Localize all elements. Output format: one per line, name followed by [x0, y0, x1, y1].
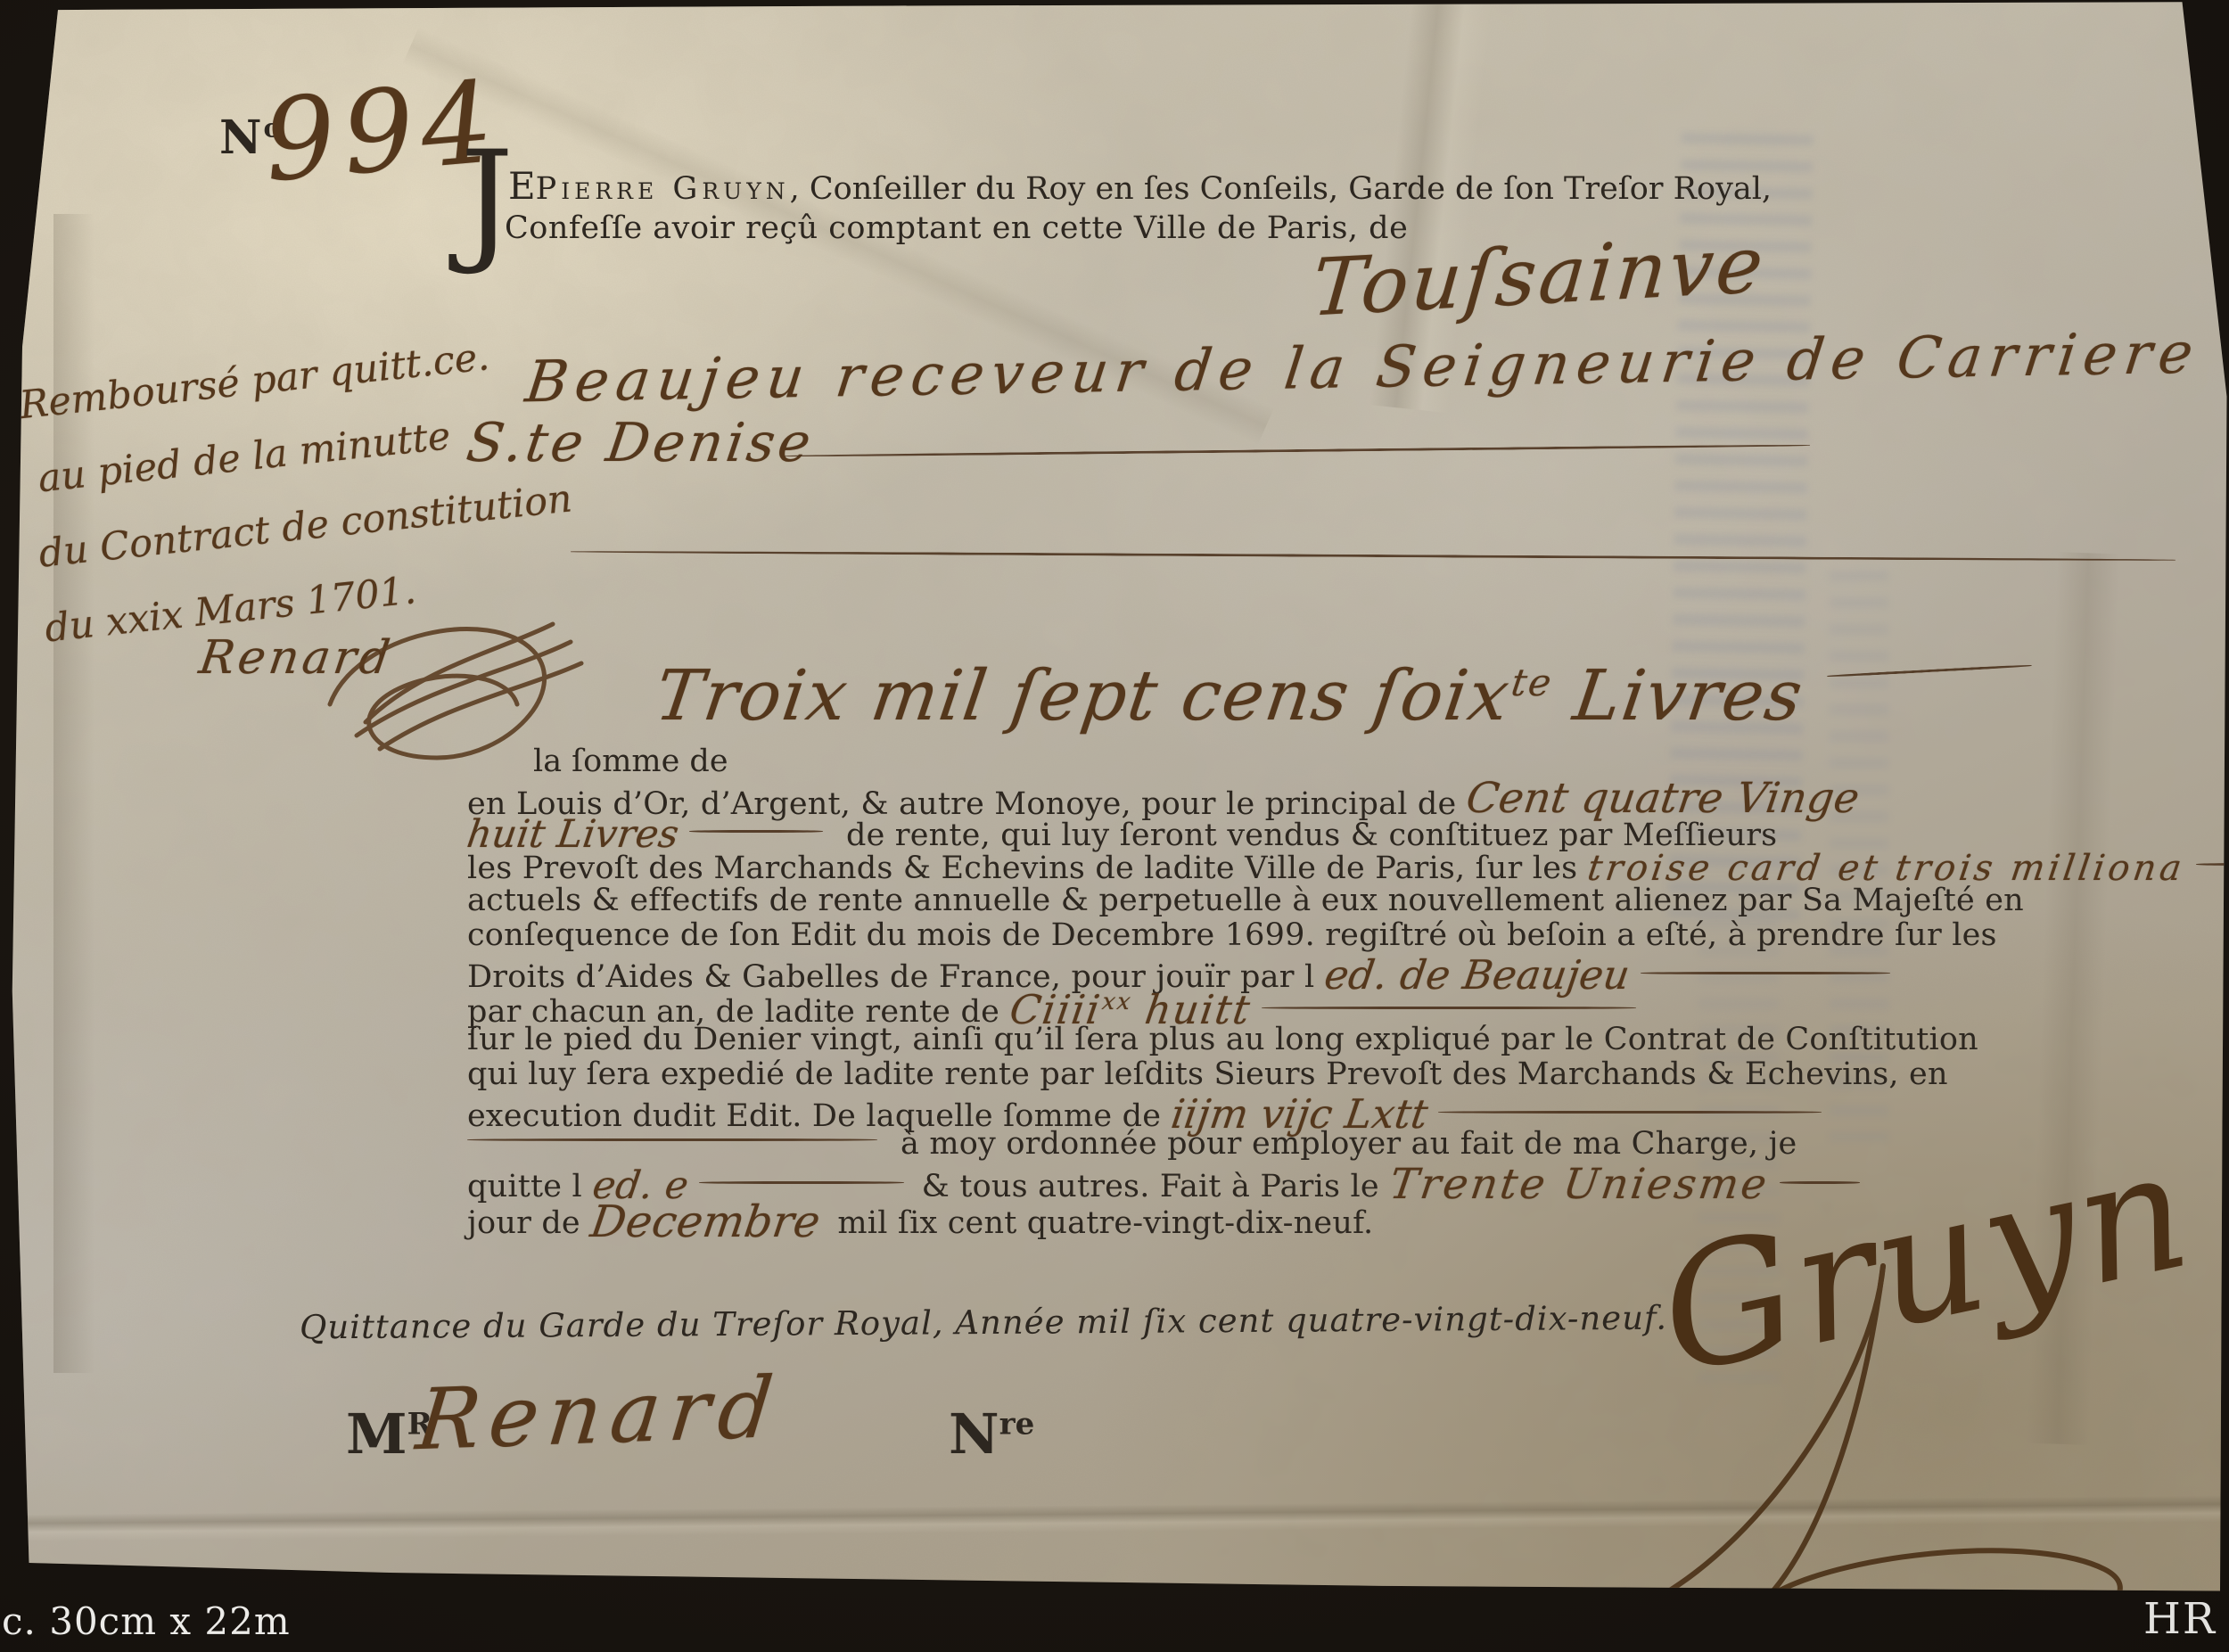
paragraph-line: les Prevoſt des Marchands & Echevins de …: [467, 849, 2126, 884]
hand-insert: Decembre: [588, 1200, 822, 1244]
paragraph-line: qui luy ſera expedié de ladite rente par…: [467, 1057, 2126, 1092]
ink-rule: [571, 550, 2176, 561]
paragraph-line: par chacun an, de ladite rente deCiiiixx…: [467, 988, 2126, 1023]
quittance-docket-line: Quittance du Garde du Treſor Royal, Anné…: [300, 1299, 1667, 1347]
notary-name-renard: Renard: [415, 1360, 783, 1469]
paragraph-line: huit Livresde rente, qui luy ſeront vend…: [467, 814, 2126, 849]
ink-rule: [1827, 664, 2032, 678]
document-scan: No 994 J EPierre Gruyn, Conſeiller du Ro…: [0, 0, 2229, 1652]
ink-rule: [689, 830, 823, 833]
ink-rule: [2196, 863, 2229, 866]
paragraph-line: en Louis d’Or, d’Argent, & autre Monoye,…: [467, 779, 2126, 814]
ink-rule: [1262, 1007, 1636, 1009]
size-annotation: c. 30cm x 22m: [2, 1599, 291, 1643]
ink-rule: [467, 1138, 877, 1141]
intro-initial: E: [508, 164, 536, 208]
hand-insert: troise card et trois milliona: [1585, 851, 2187, 886]
paragraph-line: Droits d’Aides & Gabelles de France, pou…: [467, 953, 2126, 988]
ink-rule: [785, 444, 1810, 457]
ink-rule: [699, 1181, 904, 1184]
parchment-sheet: No 994 J EPierre Gruyn, Conſeiller du Ro…: [0, 0, 2229, 1652]
sum-superscript: te: [1509, 661, 1556, 704]
paragraph-line: conſequence de ſon Edit du mois de Decem…: [467, 918, 2126, 953]
drop-cap: J: [460, 134, 514, 267]
signature-text: Gruyn: [1644, 1150, 2193, 1411]
paragraph-line: actuels & effectifs de rente annuelle & …: [467, 884, 2126, 918]
paragraph-line: execution dudit Edit. De laquelle ſomme …: [467, 1092, 2126, 1127]
handwritten-payee-title: Beaujeu receveur de la Seigneurie de Car…: [525, 321, 2200, 416]
hand-insert: Cent quatre Vinge: [1464, 777, 1863, 819]
paragraph-line: ſur le pied du Denier vingt, ainſi qu’il…: [467, 1023, 2126, 1057]
gruyn-signature: Gruyn: [1569, 1150, 2193, 1649]
treasurer-name: Pierre Gruyn: [536, 171, 790, 207]
intro-line1-rest: , Conſeiller du Roy en ſes Conſeils, Gar…: [790, 171, 1772, 207]
printed-intro-line-1: EPierre Gruyn, Conſeiller du Roy en ſes …: [508, 164, 1772, 208]
notary-n-sup: re: [999, 1406, 1035, 1442]
printed-sum-label: la ſomme de: [533, 744, 728, 779]
notary-notaire-label: Nre: [949, 1401, 1034, 1467]
ink-rule: [1438, 1111, 1822, 1114]
ink-rule: [1641, 972, 1890, 974]
sum-units: Livres: [1569, 656, 1809, 736]
printed-intro-line-2: Confeſſe avoir reçû comptant en cette Vi…: [505, 210, 1408, 246]
corner-mark: HR: [2143, 1594, 2217, 1644]
handwritten-sum-words: Troix mil ſept cens ſoixte Livres: [656, 656, 2032, 736]
